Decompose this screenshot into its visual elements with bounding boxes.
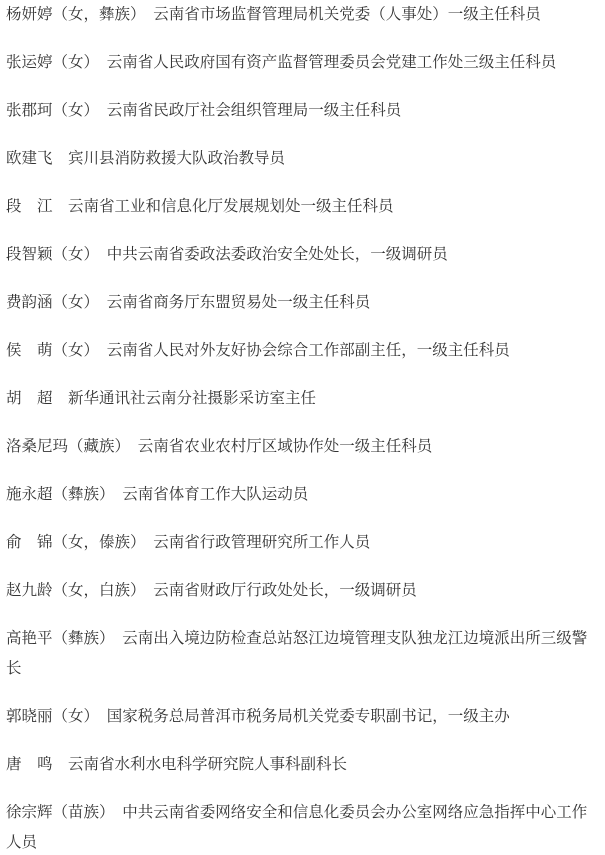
list-item: 张运婷（女） 云南省人民政府国有资产监督管理委员会党建工作处三级主任科员 [6, 48, 599, 78]
person-position: 云南省民政厅社会组织管理局一级主任科员 [107, 102, 402, 119]
list-item: 段 江 云南省工业和信息化厅发展规划处一级主任科员 [6, 192, 599, 222]
person-name: 张郡珂（女） [6, 102, 91, 119]
list-item: 杨妍婷（女，彝族） 云南省市场监督管理局机关党委（人事处）一级主任科员 [6, 0, 599, 30]
person-position: 云南省工业和信息化厅发展规划处一级主任科员 [68, 198, 394, 215]
person-position: 云南省人民政府国有资产监督管理委员会党建工作处三级主任科员 [107, 54, 557, 71]
person-name: 杨妍婷（女，彝族） [6, 6, 138, 23]
list-item: 赵九龄（女，白族） 云南省财政厅行政处处长，一级调研员 [6, 576, 599, 606]
list-item: 胡 超 新华通讯社云南分社摄影采访室主任 [6, 384, 599, 414]
person-name: 段 江 [6, 198, 53, 215]
person-position: 云南省财政厅行政处处长，一级调研员 [153, 582, 417, 599]
person-name: 赵九龄（女，白族） [6, 582, 138, 599]
commendation-name-list: 杨妍婷（女，彝族） 云南省市场监督管理局机关党委（人事处）一级主任科员张运婷（女… [0, 0, 605, 855]
list-item: 欧建飞 宾川县消防救援大队政治教导员 [6, 144, 599, 174]
person-position: 云南省人民对外友好协会综合工作部副主任，一级主任科员 [107, 342, 510, 359]
person-name: 洛桑尼玛（藏族） [6, 438, 122, 455]
list-item: 唐 鸣 云南省水利水电科学研究院人事科副科长 [6, 750, 599, 780]
person-name: 唐 鸣 [6, 756, 53, 773]
person-name: 欧建飞 [6, 150, 53, 167]
person-name: 徐宗辉（苗族） [6, 804, 107, 821]
person-position: 云南省行政管理研究所工作人员 [153, 534, 370, 551]
list-item: 俞 锦（女，傣族） 云南省行政管理研究所工作人员 [6, 528, 599, 558]
person-name: 费韵涵（女） [6, 294, 91, 311]
list-item: 张郡珂（女） 云南省民政厅社会组织管理局一级主任科员 [6, 96, 599, 126]
person-position: 云南省水利水电科学研究院人事科副科长 [68, 756, 347, 773]
list-item: 高艳平（彝族） 云南出入境边防检查总站怒江边境管理支队独龙江边境派出所三级警长 [6, 624, 599, 684]
person-name: 郭晓丽（女） [6, 708, 91, 725]
person-name: 侯 萌（女） [6, 342, 91, 359]
person-name: 胡 超 [6, 390, 53, 407]
person-name: 俞 锦（女，傣族） [6, 534, 138, 551]
list-item: 费韵涵（女） 云南省商务厅东盟贸易处一级主任科员 [6, 288, 599, 318]
list-item: 郭晓丽（女） 国家税务总局普洱市税务局机关党委专职副书记，一级主办 [6, 702, 599, 732]
person-name: 高艳平（彝族） [6, 630, 107, 647]
person-name: 施永超（彝族） [6, 486, 107, 503]
person-position: 新华通讯社云南分社摄影采访室主任 [68, 390, 316, 407]
list-item: 施永超（彝族） 云南省体育工作大队运动员 [6, 480, 599, 510]
person-name: 张运婷（女） [6, 54, 91, 71]
person-position: 云南省农业农村厅区域协作处一级主任科员 [138, 438, 433, 455]
list-item: 洛桑尼玛（藏族） 云南省农业农村厅区域协作处一级主任科员 [6, 432, 599, 462]
person-position: 云南省市场监督管理局机关党委（人事处）一级主任科员 [153, 6, 541, 23]
list-item: 侯 萌（女） 云南省人民对外友好协会综合工作部副主任，一级主任科员 [6, 336, 599, 366]
person-position: 国家税务总局普洱市税务局机关党委专职副书记，一级主办 [107, 708, 510, 725]
person-position: 中共云南省委政法委政治安全处处长，一级调研员 [107, 246, 448, 263]
list-item: 徐宗辉（苗族） 中共云南省委网络安全和信息化委员会办公室网络应急指挥中心工作人员 [6, 798, 599, 855]
person-position: 云南省商务厅东盟贸易处一级主任科员 [107, 294, 371, 311]
list-item: 段智颖（女） 中共云南省委政法委政治安全处处长，一级调研员 [6, 240, 599, 270]
person-position: 云南省体育工作大队运动员 [122, 486, 308, 503]
person-position: 宾川县消防救援大队政治教导员 [68, 150, 285, 167]
person-name: 段智颖（女） [6, 246, 91, 263]
